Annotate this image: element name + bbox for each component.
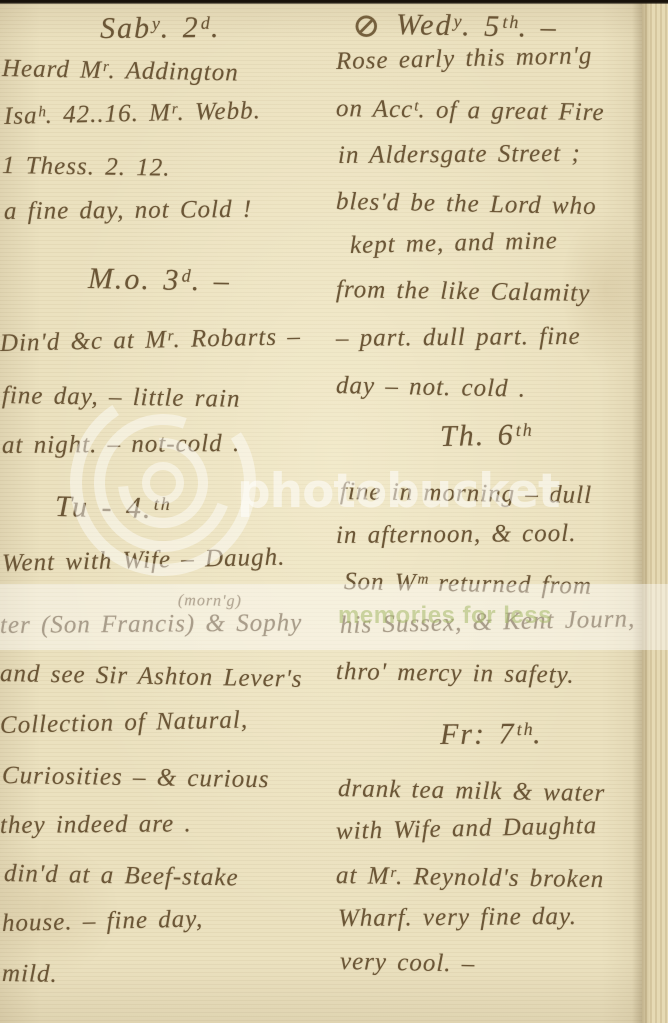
diary-line: kept me, and mine: [350, 227, 558, 260]
page-top-edge: [0, 0, 668, 4]
diary-line: ⊘: [352, 6, 382, 46]
diary-line: very cool. –: [340, 948, 476, 979]
diary-line: day – not. cold .: [336, 372, 527, 404]
diary-page-scan: Sabʸ. 2ᵈ. Heard Mʳ. Addington Isaʰ. 42..…: [0, 0, 668, 1023]
watermark-banner-text: memories for less: [338, 602, 552, 630]
diary-line: Fr: 7ᵗʰ.: [440, 717, 543, 752]
diary-line: in Aldersgate Street ;: [338, 140, 581, 170]
diary-line: bles'd be the Lord who: [336, 188, 597, 221]
diary-line: at Mʳ. Reynold's broken: [336, 862, 605, 894]
diary-line: drank tea milk & water: [338, 775, 606, 808]
diary-line: – part. dull part. fine: [336, 323, 581, 353]
diary-line: on Accᵗ. of a great Fire: [336, 95, 605, 127]
diary-line: Wedʸ. 5ᵗʰ. –: [396, 8, 558, 45]
page-gutter-shadow: [632, 0, 642, 1023]
diary-line: Wharf. very fine day.: [338, 903, 577, 933]
watermark-banner: memories for less: [0, 584, 668, 650]
page-right-edge: [642, 0, 668, 1023]
diary-line: thro' mercy in safety.: [336, 658, 575, 690]
photobucket-wordmark: photobucket: [237, 464, 559, 519]
diary-line: Rose early this morn'g: [336, 42, 593, 76]
diary-line: Th. 6ᵗʰ: [440, 418, 533, 454]
diary-line: from the like Calamity: [336, 276, 591, 308]
diary-line: with Wife and Daughta: [336, 812, 598, 846]
diary-line: in afternoon, & cool.: [336, 520, 577, 550]
photobucket-lens-icon: [70, 390, 256, 576]
